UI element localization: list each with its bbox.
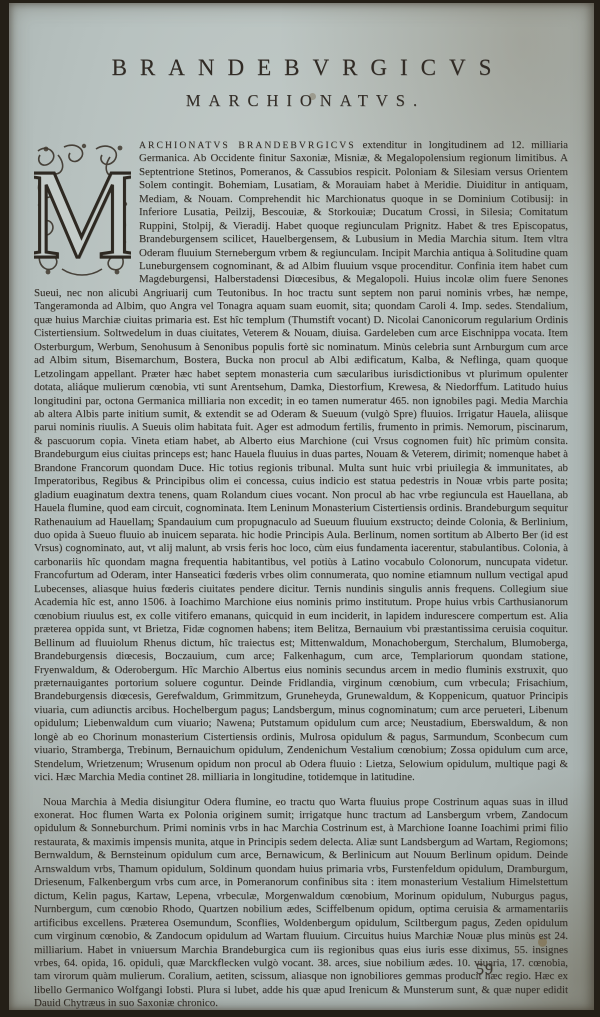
ornate-dropcap-m: M: [34, 141, 131, 278]
paper-background: BRANDEBVRGICVS MARCHIONATVS.: [9, 3, 594, 1010]
page-subtitle: MARCHIONATVS.: [9, 91, 594, 111]
page-title: BRANDEBVRGICVS: [9, 55, 594, 81]
page-number: 59: [476, 961, 494, 979]
paragraph-opening-smallcaps: archionatvs Brandebvrgicvs: [139, 140, 356, 151]
main-text-block: M archionatvs Brandebvrgicvs extenditur …: [34, 128, 568, 1017]
svg-text:M: M: [34, 143, 131, 278]
paragraph-old-middle-march: M archionatvs Brandebvrgicvs extenditur …: [34, 139, 568, 785]
dropcap-woodcut-icon: M: [34, 141, 131, 278]
scanned-book-page: BRANDEBVRGICVS MARCHIONATVS.: [0, 0, 600, 1017]
